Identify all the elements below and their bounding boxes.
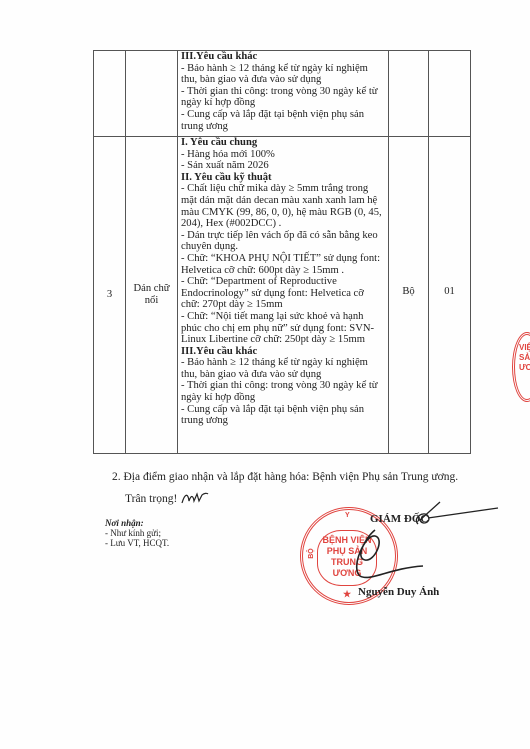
recipient-item: - Lưu VT, HCQT. [105,538,169,548]
director-signature-mark-icon [410,500,500,530]
requirement-line: - Sản xuất năm 2026 [181,160,385,172]
table-row: III.Yêu cầu khác- Bảo hành ≥ 12 tháng kể… [94,51,471,137]
signer-name: Nguyễn Duy Ánh [358,586,439,598]
item-name-cell: Dán chữ nổi [126,137,178,454]
quantity-cell: 01 [429,137,471,454]
stamp-top-letter: Y [345,512,350,519]
unit-cell [389,51,429,137]
regards-label: Trân trọng! [125,493,177,505]
edge-stamp-line: ƯC [519,363,530,373]
table-row: 3 Dán chữ nổi I. Yêu cầu chung- Hàng hóa… [94,137,471,454]
director-signature-icon [345,528,425,583]
edge-stamp-line: SẢ [519,353,530,363]
requirement-line: - Chất liệu chữ mika dày ≥ 5mm trắng tro… [181,183,385,229]
quantity-cell [429,51,471,137]
requirement-line: - Thời gian thi công: trong vòng 30 ngày… [181,86,385,109]
stt-cell [94,51,126,137]
requirement-line: - Chữ: “KHOA PHỤ NỘI TIẾT” sử dụng font:… [181,253,385,276]
recipient-item: - Như kính gửi; [105,528,169,538]
edge-stamp-fragment: VIỆ SẢ ƯC [512,332,530,402]
requirement-heading: I. Yêu cầu chung [181,137,385,149]
requirement-heading: II. Yêu cầu kỹ thuật [181,172,385,184]
requirement-line: - Dán trực tiếp lên vách ốp đã có sẵn bằ… [181,230,385,253]
requirements-cell: III.Yêu cầu khác- Bảo hành ≥ 12 tháng kể… [178,51,389,137]
regards-text: Trân trọng! [125,488,210,505]
requirement-line: - Chữ: “Department of Reproductive Endoc… [181,276,385,311]
recipients-title: Nơi nhận: [105,518,169,528]
stt-cell: 3 [94,137,126,454]
delivery-location: 2. Địa điểm giao nhận và lắp đặt hàng hó… [112,471,458,483]
recipients-block: Nơi nhận: - Như kính gửi; - Lưu VT, HCQT… [105,518,169,548]
requirement-line: - Chữ: “Nội tiết mang lại sức khoẻ và hạ… [181,311,385,346]
item-name-cell [126,51,178,137]
stamp-side-text: BỘ [308,548,315,559]
unit-cell: Bộ [389,137,429,454]
requirement-heading: III.Yêu cầu khác [181,346,385,358]
edge-stamp-line: VIỆ [519,343,530,353]
initial-signature-icon [180,491,210,505]
requirement-line: - Cung cấp và lắp đặt tại bệnh viện phụ … [181,404,385,427]
requirement-line: - Hàng hóa mới 100% [181,149,385,161]
requirement-line: - Bảo hành ≥ 12 tháng kể từ ngày kí nghi… [181,63,385,86]
requirement-line: - Bảo hành ≥ 12 tháng kể từ ngày kí nghi… [181,357,385,380]
quantity-value: 01 [432,286,467,298]
requirement-line: - Thời gian thi công: trong vòng 30 ngày… [181,380,385,403]
requirement-heading: III.Yêu cầu khác [181,51,385,63]
document-page: III.Yêu cầu khác- Bảo hành ≥ 12 tháng kể… [0,0,530,749]
star-icon: ★ [343,589,351,600]
requirement-line: - Cung cấp và lắp đặt tại bệnh viện phụ … [181,109,385,132]
requirements-table: III.Yêu cầu khác- Bảo hành ≥ 12 tháng kể… [93,50,471,454]
requirements-cell: I. Yêu cầu chung- Hàng hóa mới 100%- Sản… [178,137,389,454]
unit-value: Bộ [392,286,425,298]
